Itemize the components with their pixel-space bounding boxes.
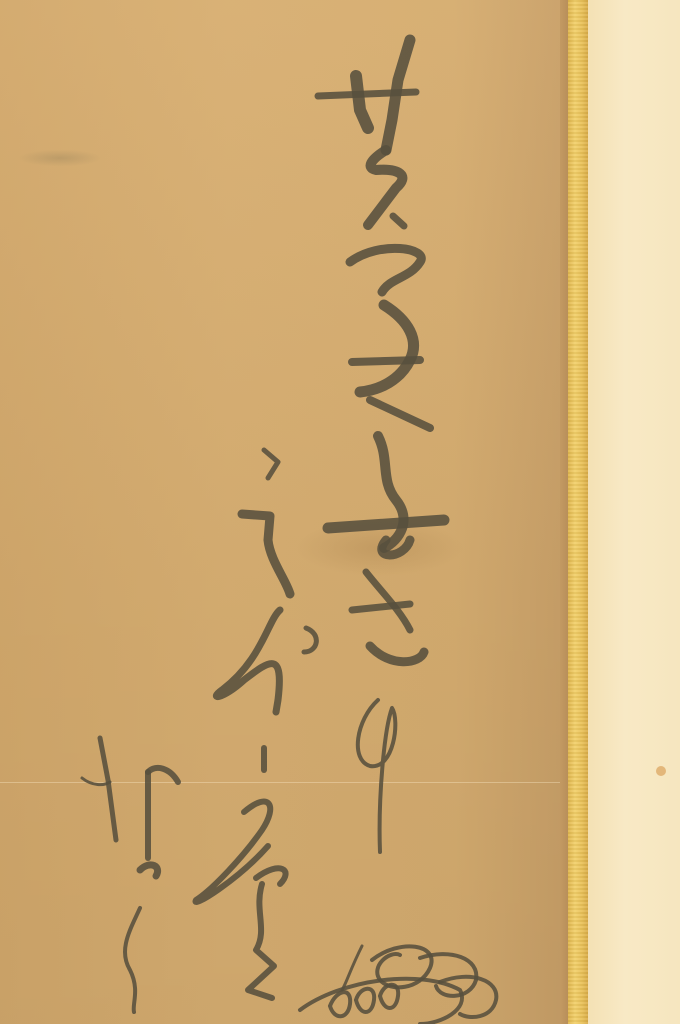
column-left [82, 738, 178, 1012]
foxing-spot [656, 766, 666, 776]
calligraphy-ink [0, 0, 568, 1024]
column-middle [195, 450, 316, 998]
bottom-loops [300, 946, 496, 1024]
column-right [318, 40, 444, 852]
cream-mounting [588, 0, 680, 1024]
scroll-photo: Japanese calligraphy hanging scroll (kak… [0, 0, 680, 1024]
gold-leaf-border [568, 0, 588, 1024]
